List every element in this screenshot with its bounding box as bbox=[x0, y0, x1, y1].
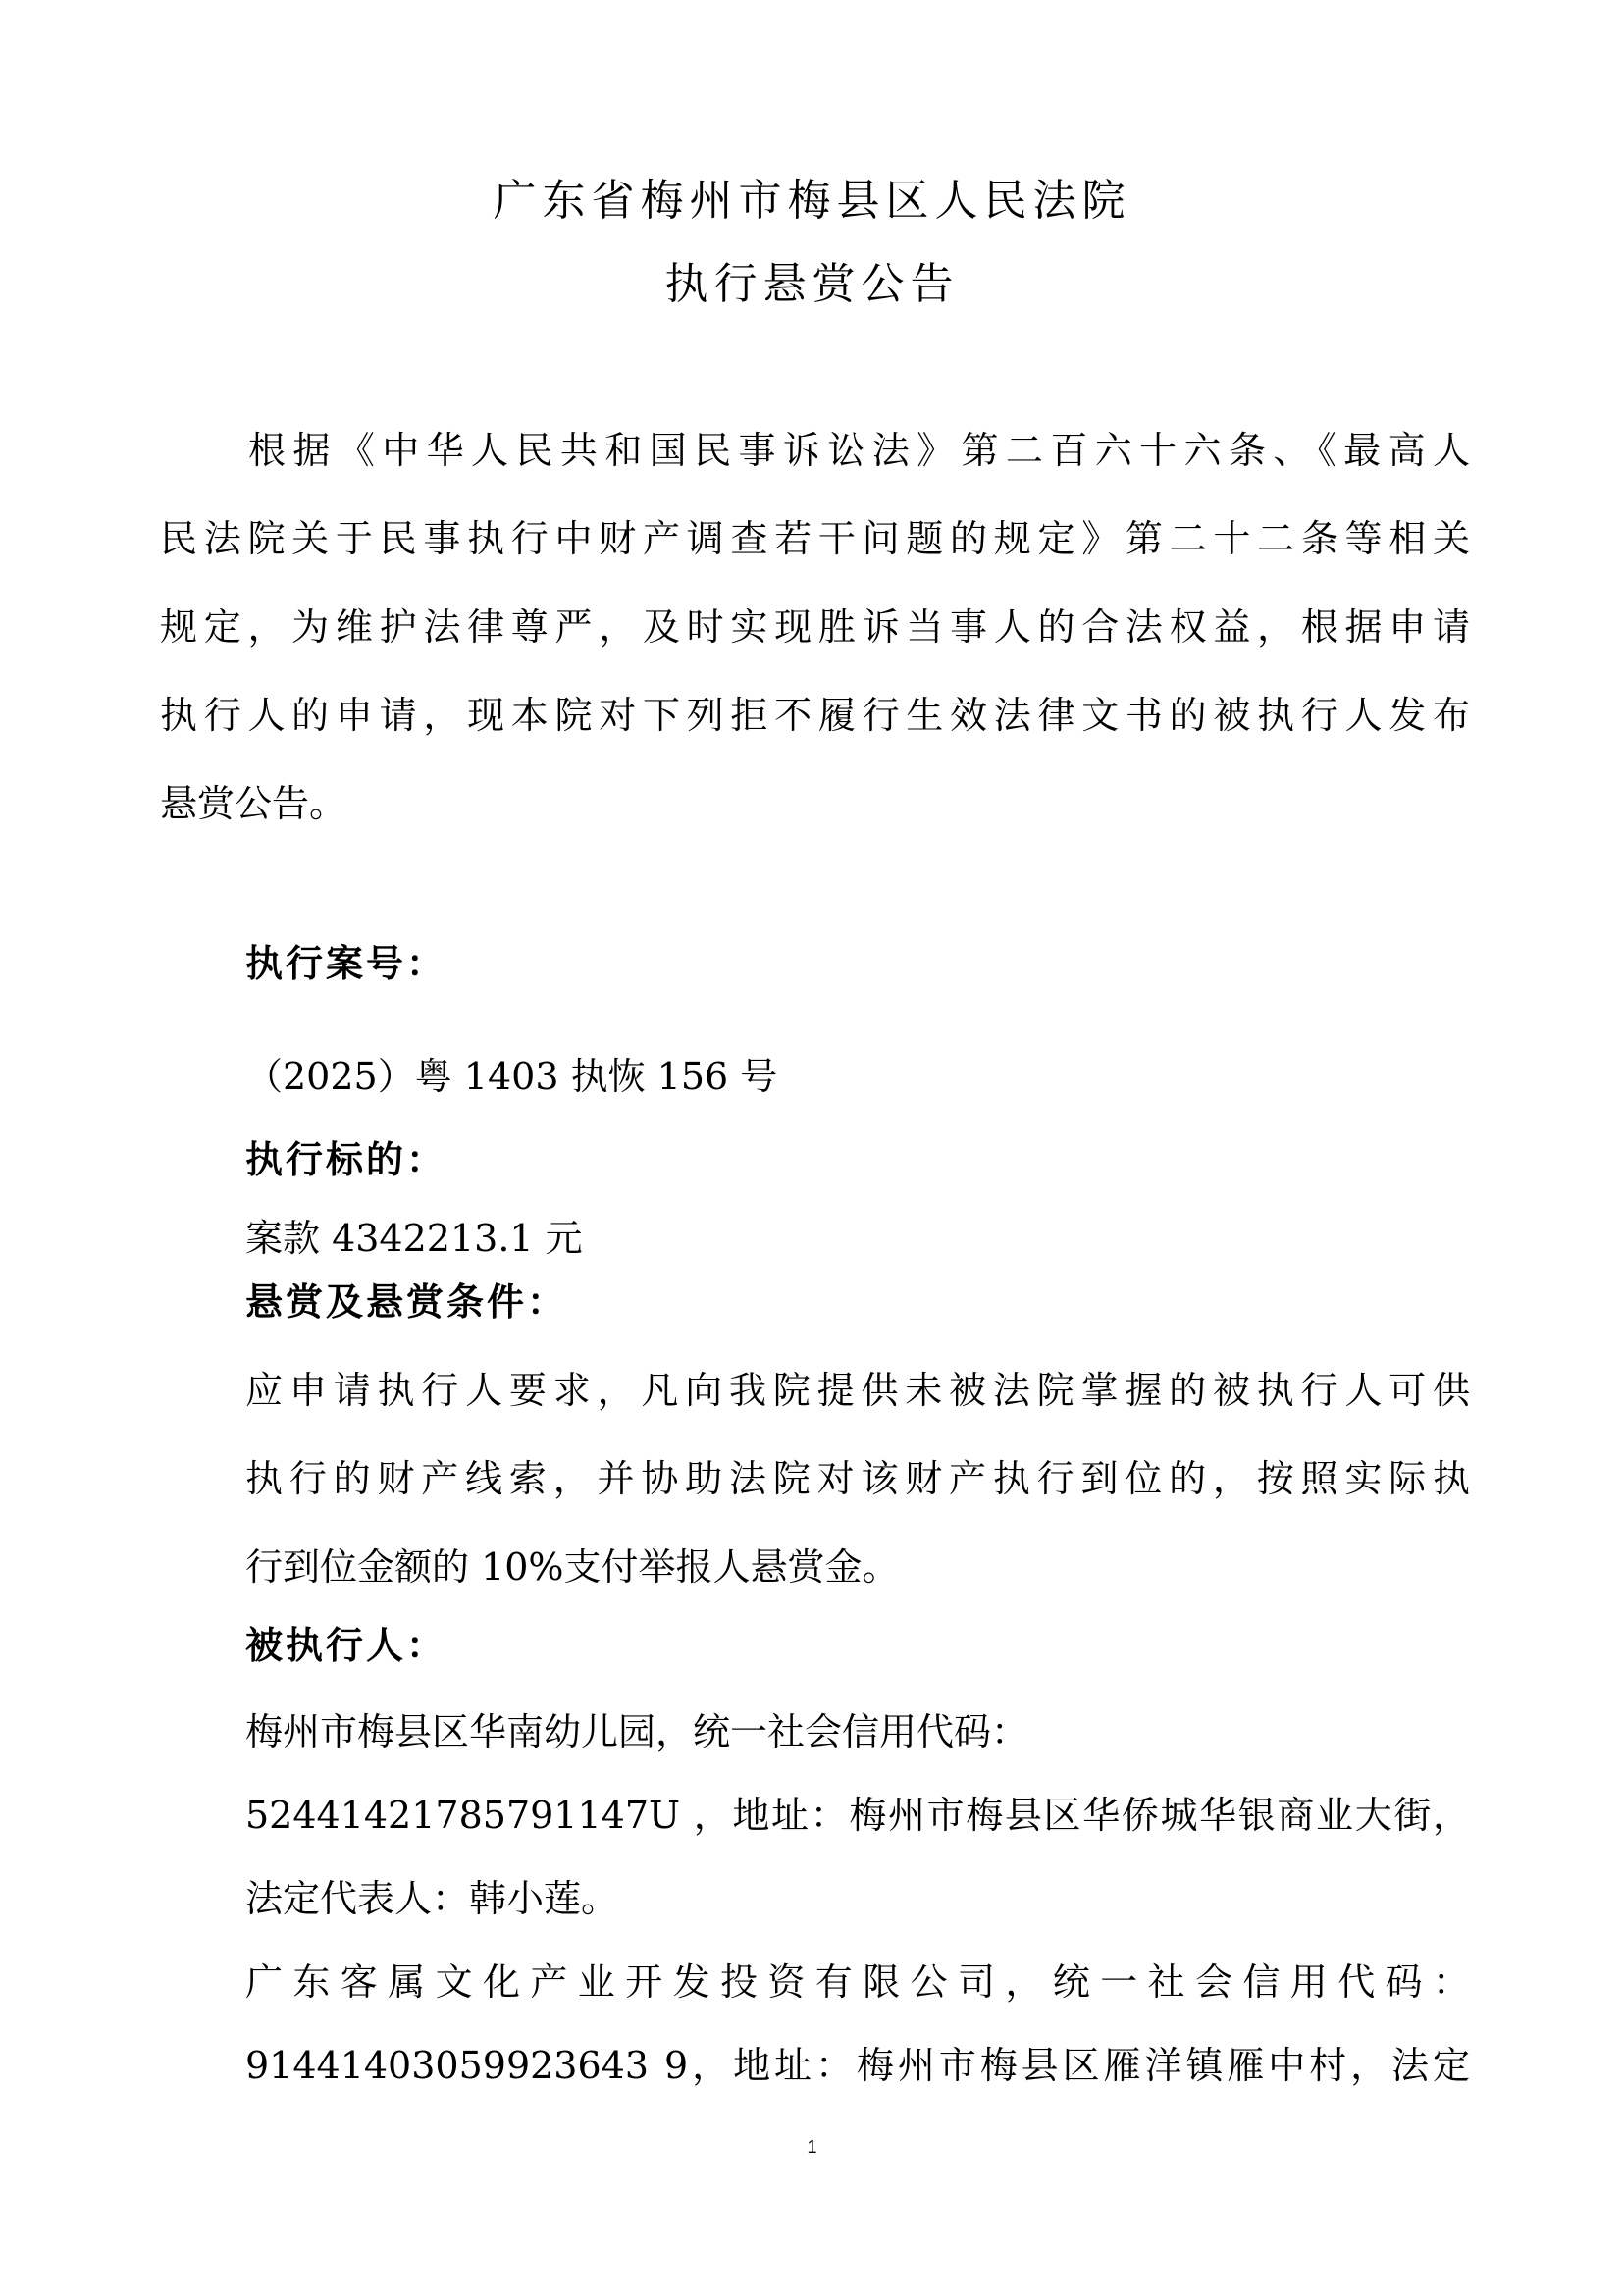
respondent-line: 法定代表人：韩小莲。 bbox=[245, 1880, 1470, 1917]
respondent-line: 梅州市梅县区华南幼儿园，统一社会信用代码： bbox=[245, 1713, 1470, 1750]
court-name-title: 广东省梅州市梅县区人民法院 bbox=[0, 180, 1624, 223]
intro-line: 执行人的申请，现本院对下列拒不履行生效法律文书的被执行人发布 bbox=[160, 697, 1470, 734]
reward-line: 执行的财产线索，并协助法院对该财产执行到位的，按照实际执 bbox=[245, 1460, 1470, 1497]
intro-line: 规定，为维护法律尊严，及时实现胜诉当事人的合法权益，根据申请 bbox=[160, 608, 1470, 646]
subject-heading: 执行标的： bbox=[245, 1141, 1470, 1178]
subject-value: 案款 4342213.1 元 bbox=[245, 1220, 1470, 1257]
intro-line: 悬赏公告。 bbox=[160, 785, 1470, 822]
document-page: 广东省梅州市梅县区人民法院 执行悬赏公告 根据《中华人民共和国民事诉讼法》第二百… bbox=[0, 0, 1624, 2296]
page-number: 1 bbox=[0, 2137, 1624, 2158]
respondent-line: 91441403059923643 9，地址：梅州市梅县区雁洋镇雁中村，法定 bbox=[245, 2047, 1470, 2084]
respondent-line: 52441421785791147U ，地址：梅州市梅县区华侨城华银商业大街， bbox=[245, 1797, 1470, 1834]
case-number-heading: 执行案号： bbox=[245, 945, 1470, 982]
respondents-heading: 被执行人： bbox=[245, 1627, 1470, 1664]
case-number-value: （2025）粤 1403 执恢 156 号 bbox=[245, 1058, 1470, 1095]
intro-line: 民法院关于民事执行中财产调查若干问题的规定》第二十二条等相关 bbox=[160, 520, 1470, 557]
respondent-line: 广东客属文化产业开发投资有限公司，统一社会信用代码： bbox=[245, 1963, 1470, 2001]
reward-line: 行到位金额的 10%支付举报人悬赏金。 bbox=[245, 1548, 1470, 1586]
reward-heading: 悬赏及悬赏条件： bbox=[245, 1283, 1470, 1321]
notice-title: 执行悬赏公告 bbox=[0, 263, 1624, 306]
reward-line: 应申请执行人要求，凡向我院提供未被法院掌握的被执行人可供 bbox=[245, 1372, 1470, 1409]
intro-line: 根据《中华人民共和国民事诉讼法》第二百六十六条、《最高人 bbox=[248, 432, 1470, 469]
